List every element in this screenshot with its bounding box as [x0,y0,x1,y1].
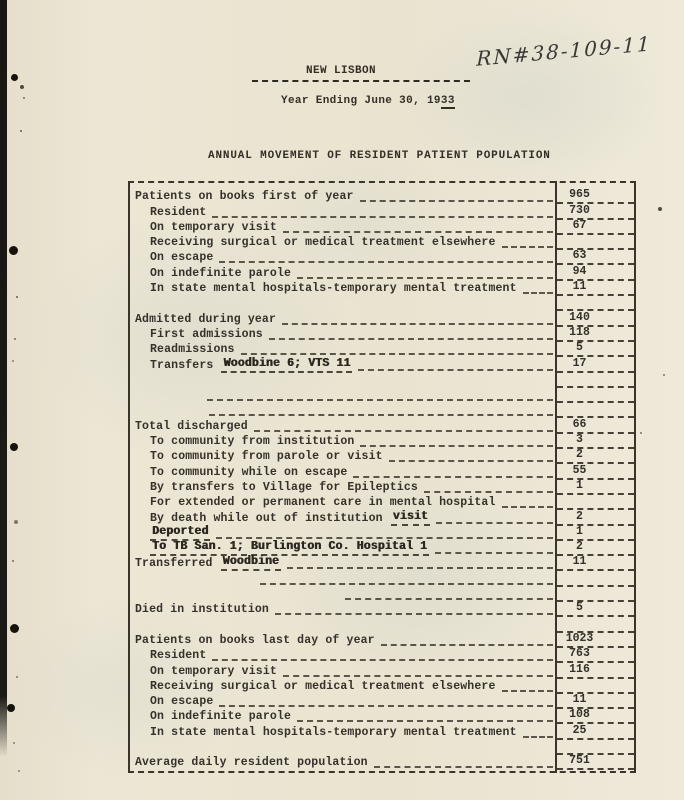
hole-punch-dot [10,443,18,451]
scanned-document: { "document": { "handwritten_file_number… [0,0,684,800]
table-row: On temporary visit116 [130,663,634,678]
row-label: Patients on books first of year [135,190,354,203]
table-row: Receiving surgical or medical treatment … [130,679,634,694]
blank-row [130,373,634,388]
row-label: To community from parole or visit [150,450,383,463]
dotted-leader-line [523,736,553,738]
row-value-cell: 2 [557,510,634,526]
table-row: Admitted during year140 [130,311,634,326]
row-label-cell: On temporary visit [130,665,557,679]
station-heading: NEW LISBON [252,60,470,82]
period-year: 33 [441,95,455,109]
dotted-leader-line [523,292,553,294]
dotted-leader-line [254,430,553,432]
row-value-cell: 11 [557,693,634,709]
table-top-border [128,181,636,183]
row-label-cell: For extended or permanent care in mental… [130,496,557,510]
row-label-cell: Resident [130,206,557,220]
row-label-cell: On indefinite parole [130,267,557,281]
hole-punch-dot [7,704,15,712]
dotted-leader-line [219,261,553,263]
period-line: Year Ending June 30, 1933 [281,95,455,107]
row-label: On indefinite parole [150,710,291,723]
dotted-leader-line [297,720,553,722]
hole-punch-dot [10,624,19,633]
row-value-cell: 108 [557,708,634,724]
row-label-cell [130,414,557,418]
row-label-cell [130,399,557,403]
table-rows: Patients on books first of year965Reside… [130,189,634,770]
table-row: Patients on books first of year965 [130,189,634,204]
dotted-leader-line [502,246,553,248]
dotted-leader-line [389,460,553,462]
table-row: Readmissions5 [130,342,634,357]
row-label-cell: TransfersWoodbine 6; VTS 11 [130,357,557,373]
ruled-blank-row [130,388,634,403]
period-prefix: Year Ending June 30, 19 [281,95,441,107]
row-label: To community from institution [150,435,354,448]
row-label-cell: In state mental hospitals-temporary ment… [130,282,557,296]
row-label-cell [130,583,557,587]
row-label-cell: Resident [130,649,557,663]
ruled-blank-row [130,571,634,586]
row-value-cell: 17 [557,357,634,373]
row-label: Resident [150,206,206,219]
dotted-leader-line [345,598,553,600]
row-value-cell [557,401,634,403]
row-value-cell: 11 [557,555,634,571]
row-label-cell: Patients on books first of year [130,190,557,204]
row-value-cell: 5 [557,341,634,357]
table-row: On indefinite parole108 [130,709,634,724]
dotted-leader-line [502,690,553,692]
dotted-leader-line [212,659,553,661]
row-value-cell: 94 [557,265,634,281]
row-value-cell: 1 [557,479,634,495]
row-value-cell: 1 [557,525,634,541]
dotted-leader-line [241,353,553,355]
row-value-cell: 965 [557,188,634,204]
row-value-cell: 2 [557,448,634,464]
row-label: Average daily resident population [135,756,368,769]
table-row: Average daily resident population751 [130,755,634,770]
row-value-cell [557,585,634,587]
row-label-cell: First admissions [130,328,557,342]
row-value-cell: 11 [557,280,634,296]
row-label-overstruck: Woodbine [221,555,281,571]
row-value-cell: 140 [557,311,634,327]
row-label: By transfers to Village for Epileptics [150,481,418,494]
row-value-cell: 66 [557,418,634,434]
dotted-leader-line [212,216,553,218]
row-label: Total discharged [135,420,248,433]
row-value-cell: 25 [557,724,634,740]
blank-row [130,296,634,311]
handwritten-file-number: RN#38-109-11 [476,29,676,71]
row-value-cell: 5 [557,601,634,617]
row-label: Patients on books last day of year [135,634,375,647]
row-label: Admitted during year [135,313,276,326]
blank-row [130,740,634,755]
row-label: Readmissions [150,343,235,356]
dotted-leader-line [269,338,553,340]
row-label-cell: Receiving surgical or medical treatment … [130,236,557,250]
ruled-blank-row [130,403,634,418]
dotted-leader-line [287,567,553,569]
row-label-cell: Receiving surgical or medical treatment … [130,680,557,694]
row-label: On indefinite parole [150,267,291,280]
annual-movement-table: Patients on books first of year965Reside… [128,181,636,773]
table-row: To community from parole or visit2 [130,449,634,464]
row-label: In state mental hospitals-temporary ment… [150,282,517,295]
row-label-cell: On escape [130,695,557,709]
table-row: On escape11 [130,694,634,709]
station-heading-text: NEW LISBON [306,65,376,77]
dotted-leader-line [502,506,553,508]
row-value-cell: 55 [557,464,634,480]
row-label-cell: Patients on books last day of year [130,634,557,648]
dotted-leader-line [283,675,553,677]
table-row: In state mental hospitals-temporary ment… [130,281,634,296]
row-label: On temporary visit [150,221,277,234]
table-row: By death while out of institutionvisit2 [130,510,634,525]
table-row: Resident763 [130,648,634,663]
dotted-leader-line [381,644,553,646]
row-label: First admissions [150,328,263,341]
table-row: In state mental hospitals-temporary ment… [130,724,634,739]
row-value-cell: 730 [557,204,634,220]
dotted-leader-line [282,323,553,325]
hole-punch-dot [9,246,18,255]
dotted-leader-line [209,414,553,416]
table-row: First admissions118 [130,327,634,342]
table-row: TransfersWoodbine 6; VTS 1117 [130,357,634,372]
row-label: Resident [150,649,206,662]
scan-edge-strip [0,0,7,757]
row-label: By death while out of institution [150,512,383,525]
dotted-leader-line [297,277,553,279]
table-row: To community while on escape55 [130,464,634,479]
row-label: Receiving surgical or medical treatment … [150,680,496,693]
hole-punch-dot [11,74,18,81]
row-label: On escape [150,251,213,264]
row-label: In state mental hospitals-temporary ment… [150,726,517,739]
row-label: On temporary visit [150,665,277,678]
table-row: To TB San. 1; Burlington Co. Hospital 12 [130,541,634,556]
row-label-cell: To TB San. 1; Burlington Co. Hospital 1 [130,540,557,556]
row-label: Transferred [135,557,213,570]
dotted-leader-line [275,613,553,615]
row-label: To community while on escape [150,466,347,479]
row-label-cell: On escape [130,251,557,265]
table-bottom-border [128,771,636,773]
row-label-cell: Readmissions [130,343,557,357]
dotted-leader-line [260,583,553,585]
dotted-leader-line [283,231,553,233]
dotted-leader-line [424,491,553,493]
table-row: Total discharged66 [130,418,634,433]
dotted-leader-line [219,705,553,707]
blank-row [130,617,634,632]
table-row: By transfers to Village for Epileptics1 [130,480,634,495]
dotted-leader-line [353,476,553,478]
row-label: Transfers [150,359,213,372]
table-row: On temporary visit67 [130,220,634,235]
dotted-leader-line [435,552,553,554]
dotted-leader-line [436,522,553,524]
row-label-overstruck: visit [391,510,430,526]
table-row: On indefinite parole94 [130,265,634,280]
row-value-cell: 63 [557,249,634,265]
paper-specks [0,0,2,2]
row-label: For extended or permanent care in mental… [150,496,496,509]
row-label-cell: To community while on escape [130,466,557,480]
row-label-overstruck: Deported [150,525,210,541]
row-label-cell: By death while out of institutionvisit [130,510,557,526]
row-label-cell: To community from parole or visit [130,450,557,464]
row-label-cell: TransferredWoodbine [130,555,557,571]
row-label-cell: To community from institution [130,435,557,449]
dotted-leader-line [207,399,553,401]
table-row: Patients on books last day of year1023 [130,633,634,648]
row-label: Died in institution [135,603,269,616]
dotted-leader-line [374,766,553,768]
row-label-cell: Admitted during year [130,313,557,327]
ruled-blank-row [130,587,634,602]
table-row: Deported1 [130,526,634,541]
row-value-cell: 2 [557,540,634,556]
row-label-cell: Died in institution [130,603,557,617]
row-label-cell [130,598,557,602]
row-value-cell: 763 [557,647,634,663]
table-row: For extended or permanent care in mental… [130,495,634,510]
row-value-cell: 118 [557,326,634,342]
table-row: To community from institution3 [130,434,634,449]
row-label-cell: By transfers to Village for Epileptics [130,481,557,495]
table-row: Resident730 [130,204,634,219]
row-value-cell: 3 [557,433,634,449]
dotted-leader-line [358,369,553,371]
table-row: Receiving surgical or medical treatment … [130,235,634,250]
dotted-leader-line [360,200,553,202]
table-row: On escape63 [130,250,634,265]
row-value-cell: 67 [557,219,634,235]
row-label-cell: On temporary visit [130,221,557,235]
row-value-cell [557,386,634,388]
row-label-cell: Total discharged [130,420,557,434]
row-label: On escape [150,695,213,708]
row-label-cell: Average daily resident population [130,756,557,770]
table-row: Died in institution5 [130,602,634,617]
row-value-cell: 751 [557,754,634,770]
row-value-cell: 116 [557,663,634,679]
row-label-cell: On indefinite parole [130,710,557,724]
row-label-overstruck: Woodbine 6; VTS 11 [221,357,352,373]
row-value-cell: 1023 [557,632,634,648]
document-title: ANNUAL MOVEMENT OF RESIDENT PATIENT POPU… [208,150,551,162]
dotted-leader-line [216,537,553,539]
row-label-cell: Deported [130,525,557,541]
dotted-leader-line [360,445,553,447]
row-label-overstruck: To TB San. 1; Burlington Co. Hospital 1 [150,540,429,556]
row-label-cell: In state mental hospitals-temporary ment… [130,726,557,740]
row-label: Receiving surgical or medical treatment … [150,236,496,249]
table-row: TransferredWoodbine11 [130,556,634,571]
